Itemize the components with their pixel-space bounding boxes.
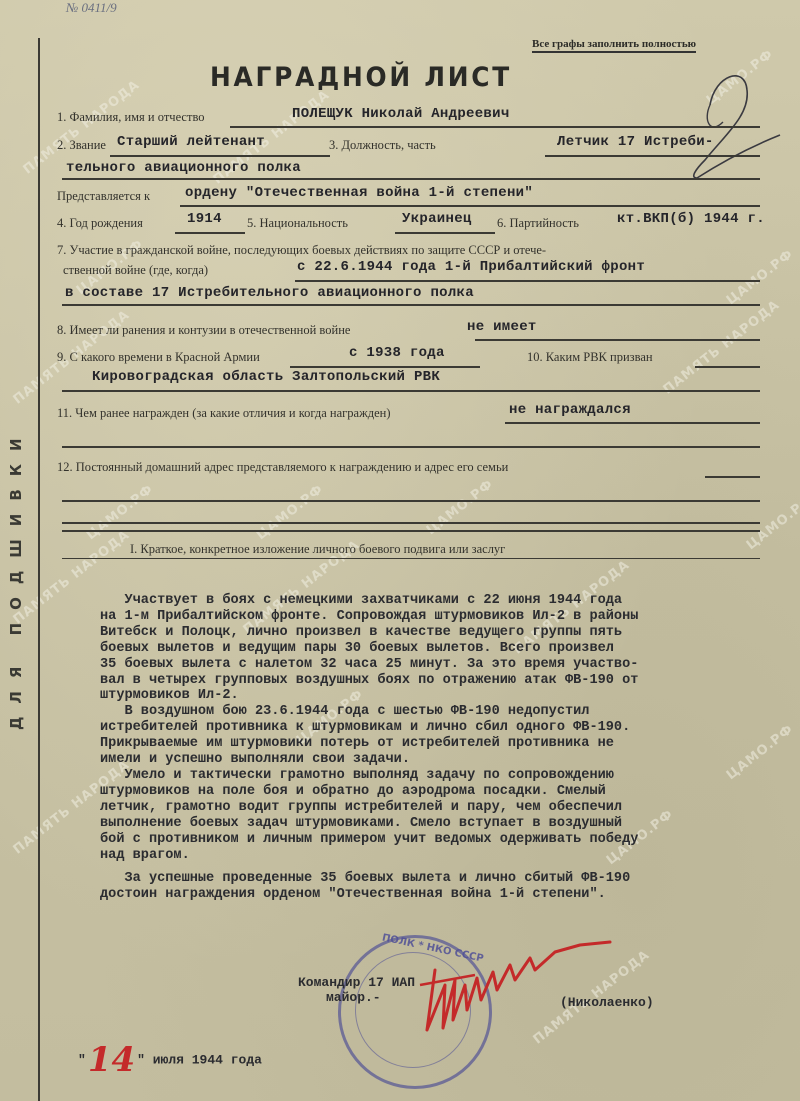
field-label: 10. Каким РВК призван — [527, 350, 653, 365]
narrative-line: Прикрываемые им штурмовики потерь от ист… — [100, 736, 790, 752]
underline — [62, 446, 760, 448]
narrative-line: Умело и тактически грамотно выполняд зад… — [100, 768, 790, 784]
narrative-line: Витебск и Полоцк, лично произвел в качес… — [100, 625, 790, 641]
underline — [395, 232, 495, 234]
underline — [62, 390, 760, 392]
underline — [62, 500, 760, 502]
field-value: кт.ВКП(б) 1944 г. — [617, 211, 765, 227]
narrative-line: Участвует в боях с немецкими захватчикам… — [100, 593, 790, 609]
date-day-handwritten: 14 — [88, 1040, 135, 1080]
section-heading: I. Краткое, конкретное изложение личного… — [130, 542, 505, 557]
binding-margin-label: ДЛЯ ПОДШИВКИ — [7, 425, 25, 730]
underline — [295, 280, 760, 282]
field-birth-nationality-party: 4. Год рождения 1914 5. Национальность У… — [57, 216, 755, 231]
fill-instruction: Все графы заполнить полностью — [532, 38, 696, 53]
signatory-position: Командир 17 ИАП — [298, 975, 415, 990]
field-value: Летчик 17 Истреби- — [557, 134, 714, 150]
signatory-rank: майор.- — [326, 990, 415, 1005]
underline — [62, 304, 760, 306]
field-value: Старший лейтенант — [117, 134, 265, 150]
field-full-name: 1. Фамилия, имя и отчество ПОЛЕЩУК Никол… — [57, 110, 755, 125]
narrative-line: имели и успешно выполняли свои задачи. — [100, 752, 790, 768]
field-label: 3. Должность, часть — [329, 138, 436, 153]
award-narrative: Участвует в боях с немецкими захватчикам… — [100, 593, 790, 903]
underline — [230, 126, 760, 128]
narrative-line: штурмовиков Ил-2. — [100, 688, 790, 704]
narrative-line: выполнение боевых задач штурмовиками. См… — [100, 816, 790, 832]
field-war-participation-cont: ственной войне (где, когда) с 22.6.1944 … — [57, 263, 755, 278]
field-label: 1. Фамилия, имя и отчество — [57, 110, 205, 124]
field-value: с 22.6.1944 года 1-й Прибалтийский фронт — [297, 259, 645, 275]
field-value: не награждался — [509, 402, 631, 418]
section-divider — [62, 558, 760, 559]
field-war-participation: 7. Участие в гражданской войне, последую… — [57, 243, 755, 258]
underline — [62, 522, 760, 524]
underline — [475, 339, 760, 341]
field-label: 11. Чем ранее награжден (за какие отличи… — [57, 406, 390, 420]
field-value: ордену "Отечественная война 1-й степени" — [185, 185, 533, 201]
narrative-line: боевых вылетов и ведущим пары 30 боевых … — [100, 641, 790, 657]
field-value: тельного авиационного полка — [66, 160, 301, 176]
narrative-line: В воздушном бою 23.6.1944 года с шестью … — [100, 704, 790, 720]
field-label: 6. Партийность — [497, 216, 579, 231]
underline — [62, 178, 760, 180]
field-label: 2. Звание — [57, 138, 106, 152]
underline — [505, 422, 760, 424]
field-previous-awards: 11. Чем ранее награжден (за какие отличи… — [57, 406, 755, 421]
underline — [705, 476, 760, 478]
narrative-line: истребителей противника к штурмовикам и … — [100, 720, 790, 736]
narrative-line: За успешные проведенные 35 боевых вылета… — [100, 871, 790, 887]
field-label: 8. Имеет ли ранения и контузии в отечест… — [57, 323, 350, 337]
handwritten-signature — [415, 930, 615, 1040]
field-label: 9. С какого времени в Красной Армии — [57, 350, 260, 364]
underline — [695, 366, 760, 368]
field-label: ственной войне (где, когда) — [63, 263, 208, 277]
archive-number: № 0411/9 — [66, 0, 117, 16]
field-value: в составе 17 Истребительного авиационног… — [65, 285, 474, 301]
field-label: 5. Национальность — [247, 216, 348, 231]
narrative-line: штурмовиков на поле боя и обратно до аэр… — [100, 784, 790, 800]
field-rank-position: 2. Звание Старший лейтенант 3. Должность… — [57, 138, 755, 153]
field-value: Кировоградская область Залтопольский РВК — [92, 369, 440, 385]
underline — [62, 530, 760, 532]
underline — [175, 232, 245, 234]
field-value: не имеет — [467, 319, 537, 335]
field-value: 1914 — [187, 211, 222, 227]
field-label: Представляется к — [57, 189, 150, 203]
document-title: НАГРАДНОЙ ЛИСТ — [210, 62, 512, 93]
handwritten-two-mark — [675, 60, 785, 190]
narrative-line: на 1-м Прибалтийском фронте. Сопровождая… — [100, 609, 790, 625]
underline — [180, 205, 760, 207]
field-value: с 1938 года — [349, 345, 445, 361]
signatory-title: Командир 17 ИАП майор.- — [298, 975, 415, 1005]
date-quote: " — [78, 1052, 86, 1067]
narrative-line: бой с противником и личным примером учит… — [100, 832, 790, 848]
field-presented-for: Представляется к ордену "Отечественная в… — [57, 189, 755, 204]
narrative-line: достоин награждения орденом "Отечественн… — [100, 887, 790, 903]
field-army-since-rvk: 9. С какого времени в Красной Армии с 19… — [57, 350, 755, 365]
document-date: "14" июля 1944 года — [78, 1040, 262, 1080]
margin-rule — [38, 38, 40, 1101]
field-label: 4. Год рождения — [57, 216, 143, 230]
field-label: 12. Постоянный домашний адрес представля… — [57, 460, 508, 474]
field-value: Украинец — [402, 211, 472, 227]
underline — [110, 155, 330, 157]
field-value: ПОЛЕЩУК Николай Андреевич — [292, 106, 510, 122]
narrative-line: вал в четырех групповых воздушных боях п… — [100, 673, 790, 689]
narrative-line: над врагом. — [100, 848, 790, 864]
narrative-line: 35 боевых вылета с налетом 32 часа 25 ми… — [100, 657, 790, 673]
date-month-year: " июля 1944 года — [137, 1052, 262, 1067]
field-wounds: 8. Имеет ли ранения и контузии в отечест… — [57, 323, 755, 338]
underline — [290, 366, 480, 368]
field-home-address: 12. Постоянный домашний адрес представля… — [57, 460, 755, 475]
narrative-line: летчик, грамотно водит группы истребител… — [100, 800, 790, 816]
field-label: 7. Участие в гражданской войне, последую… — [57, 243, 546, 257]
underline — [545, 155, 760, 157]
